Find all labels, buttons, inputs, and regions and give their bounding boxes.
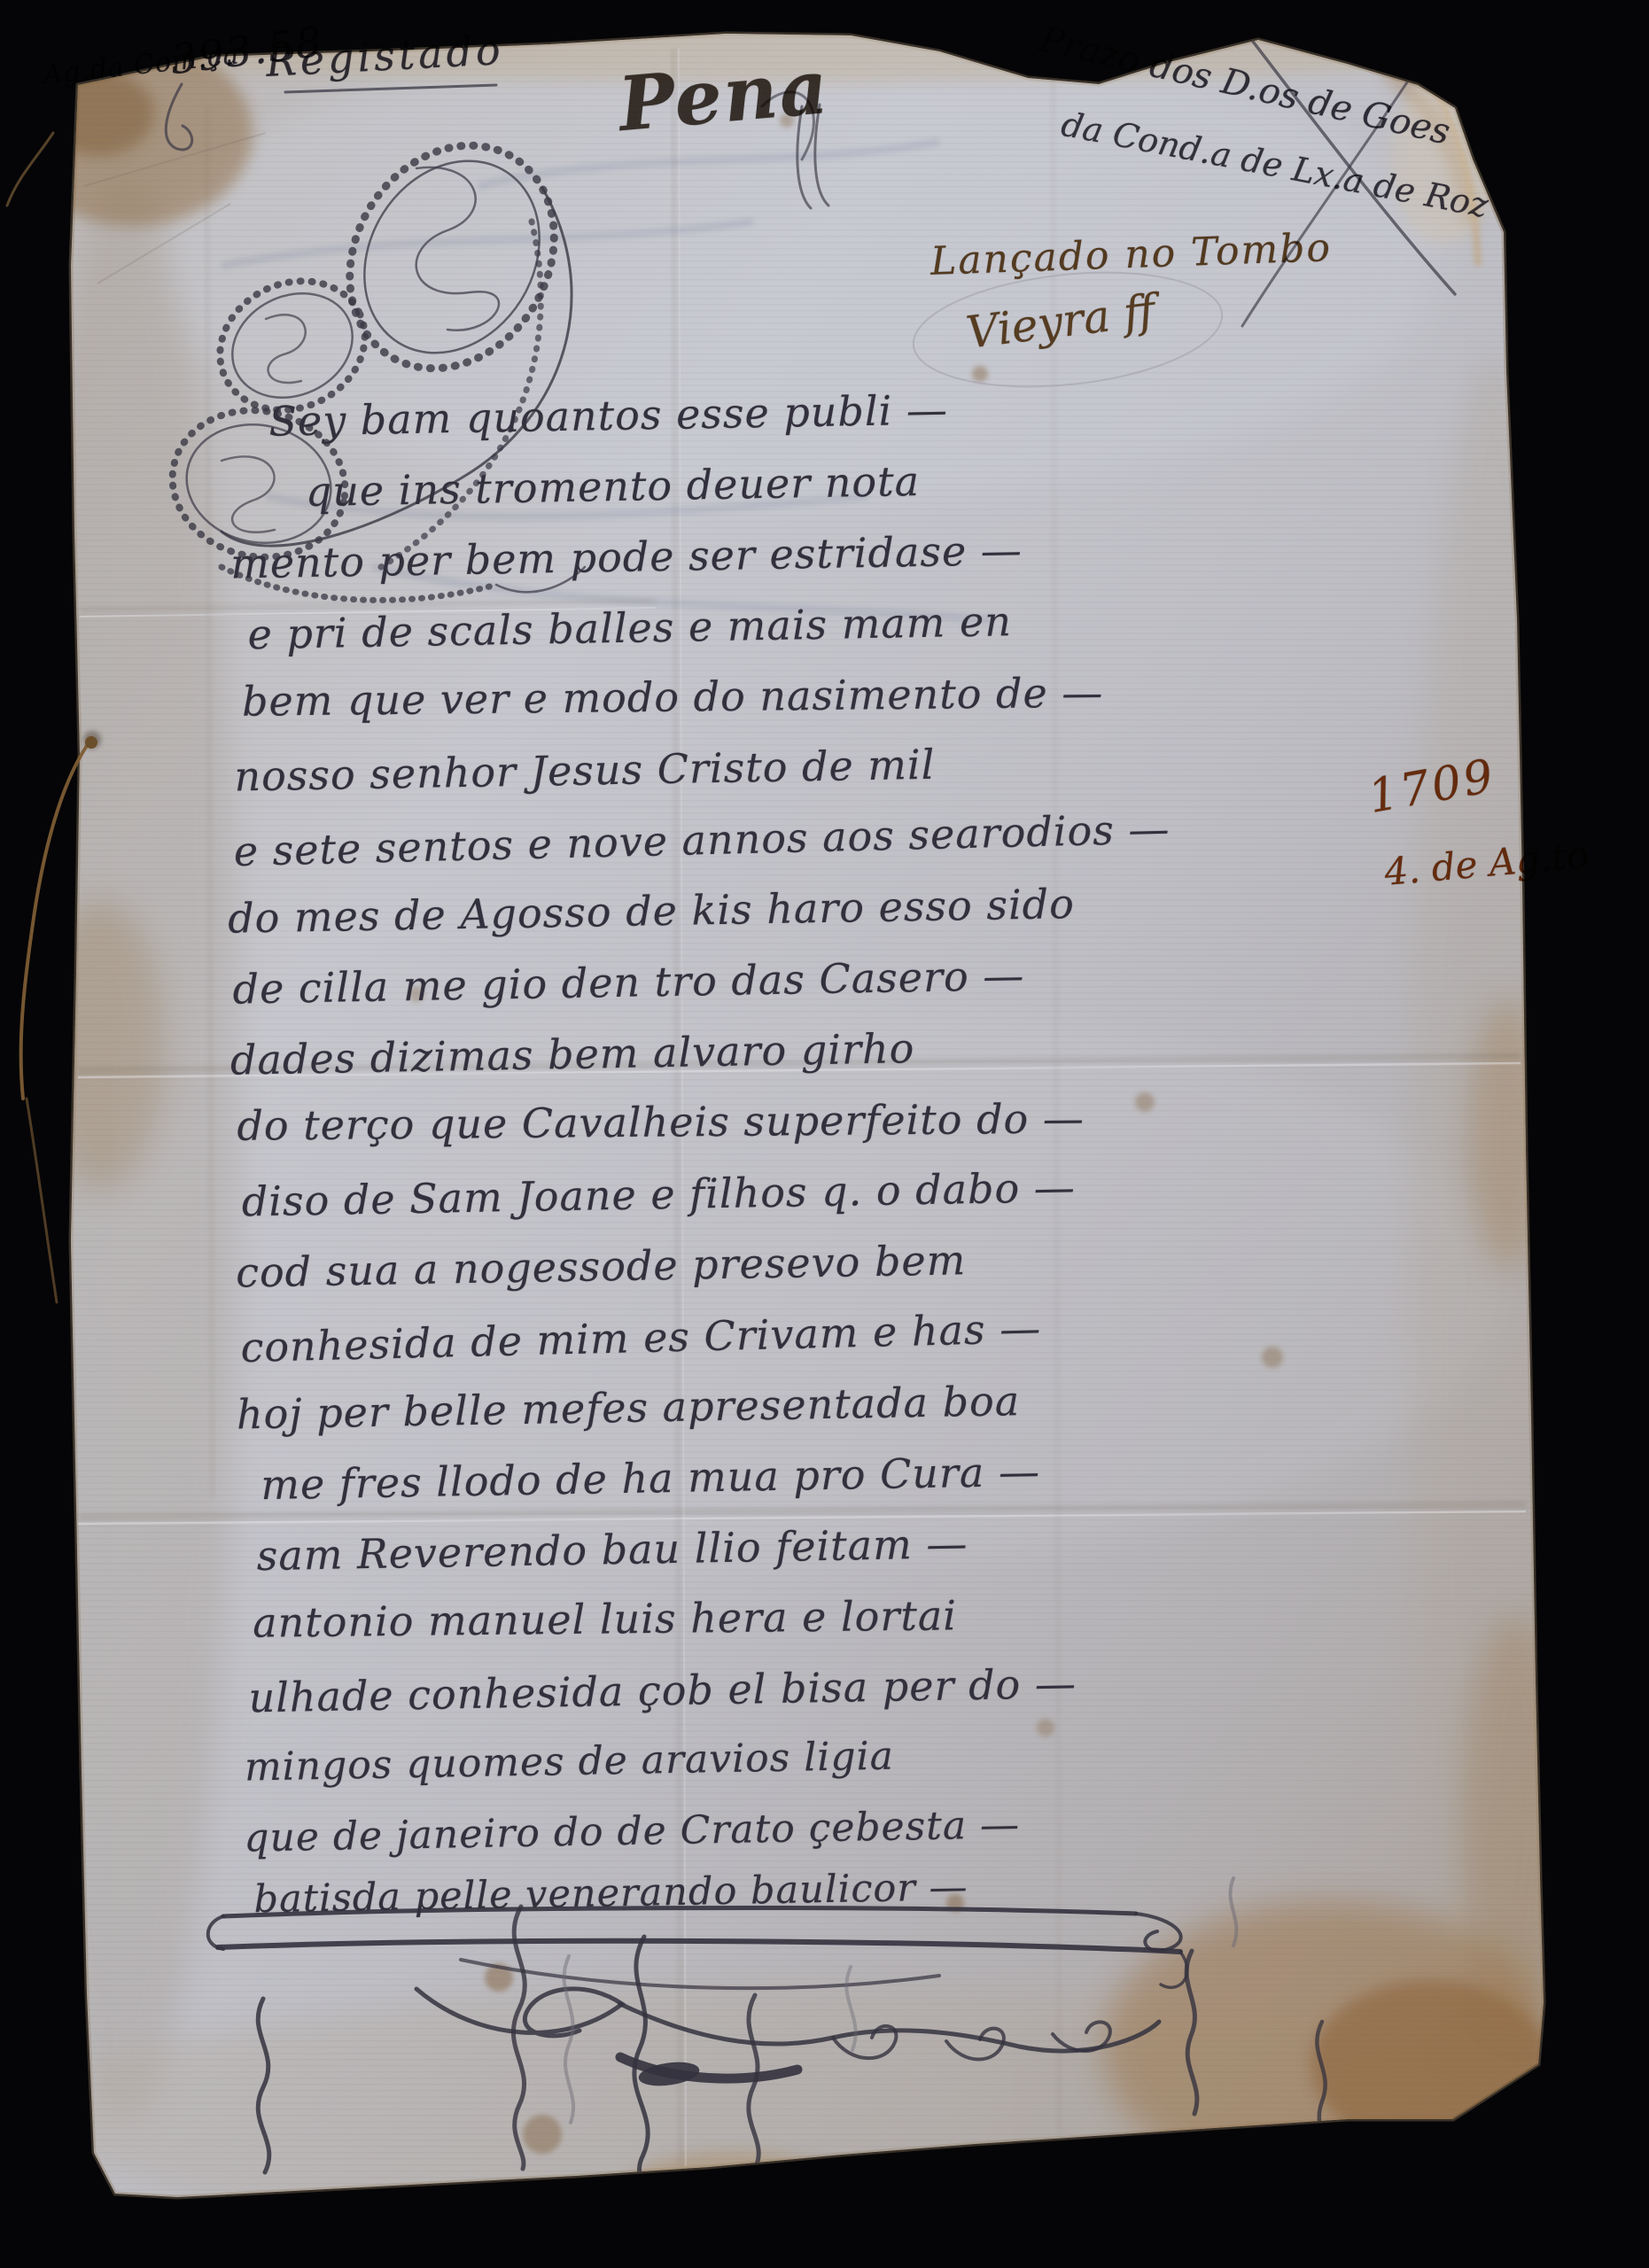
body-text: Sey bam quoantos esse publi —que ins tro… — [219, 378, 1424, 1935]
photo-stage: Ag.da Com.ça 393.58 Registado Pena Prazo… — [0, 0, 1649, 2268]
calligraphic-signature: Pena — [615, 43, 833, 148]
